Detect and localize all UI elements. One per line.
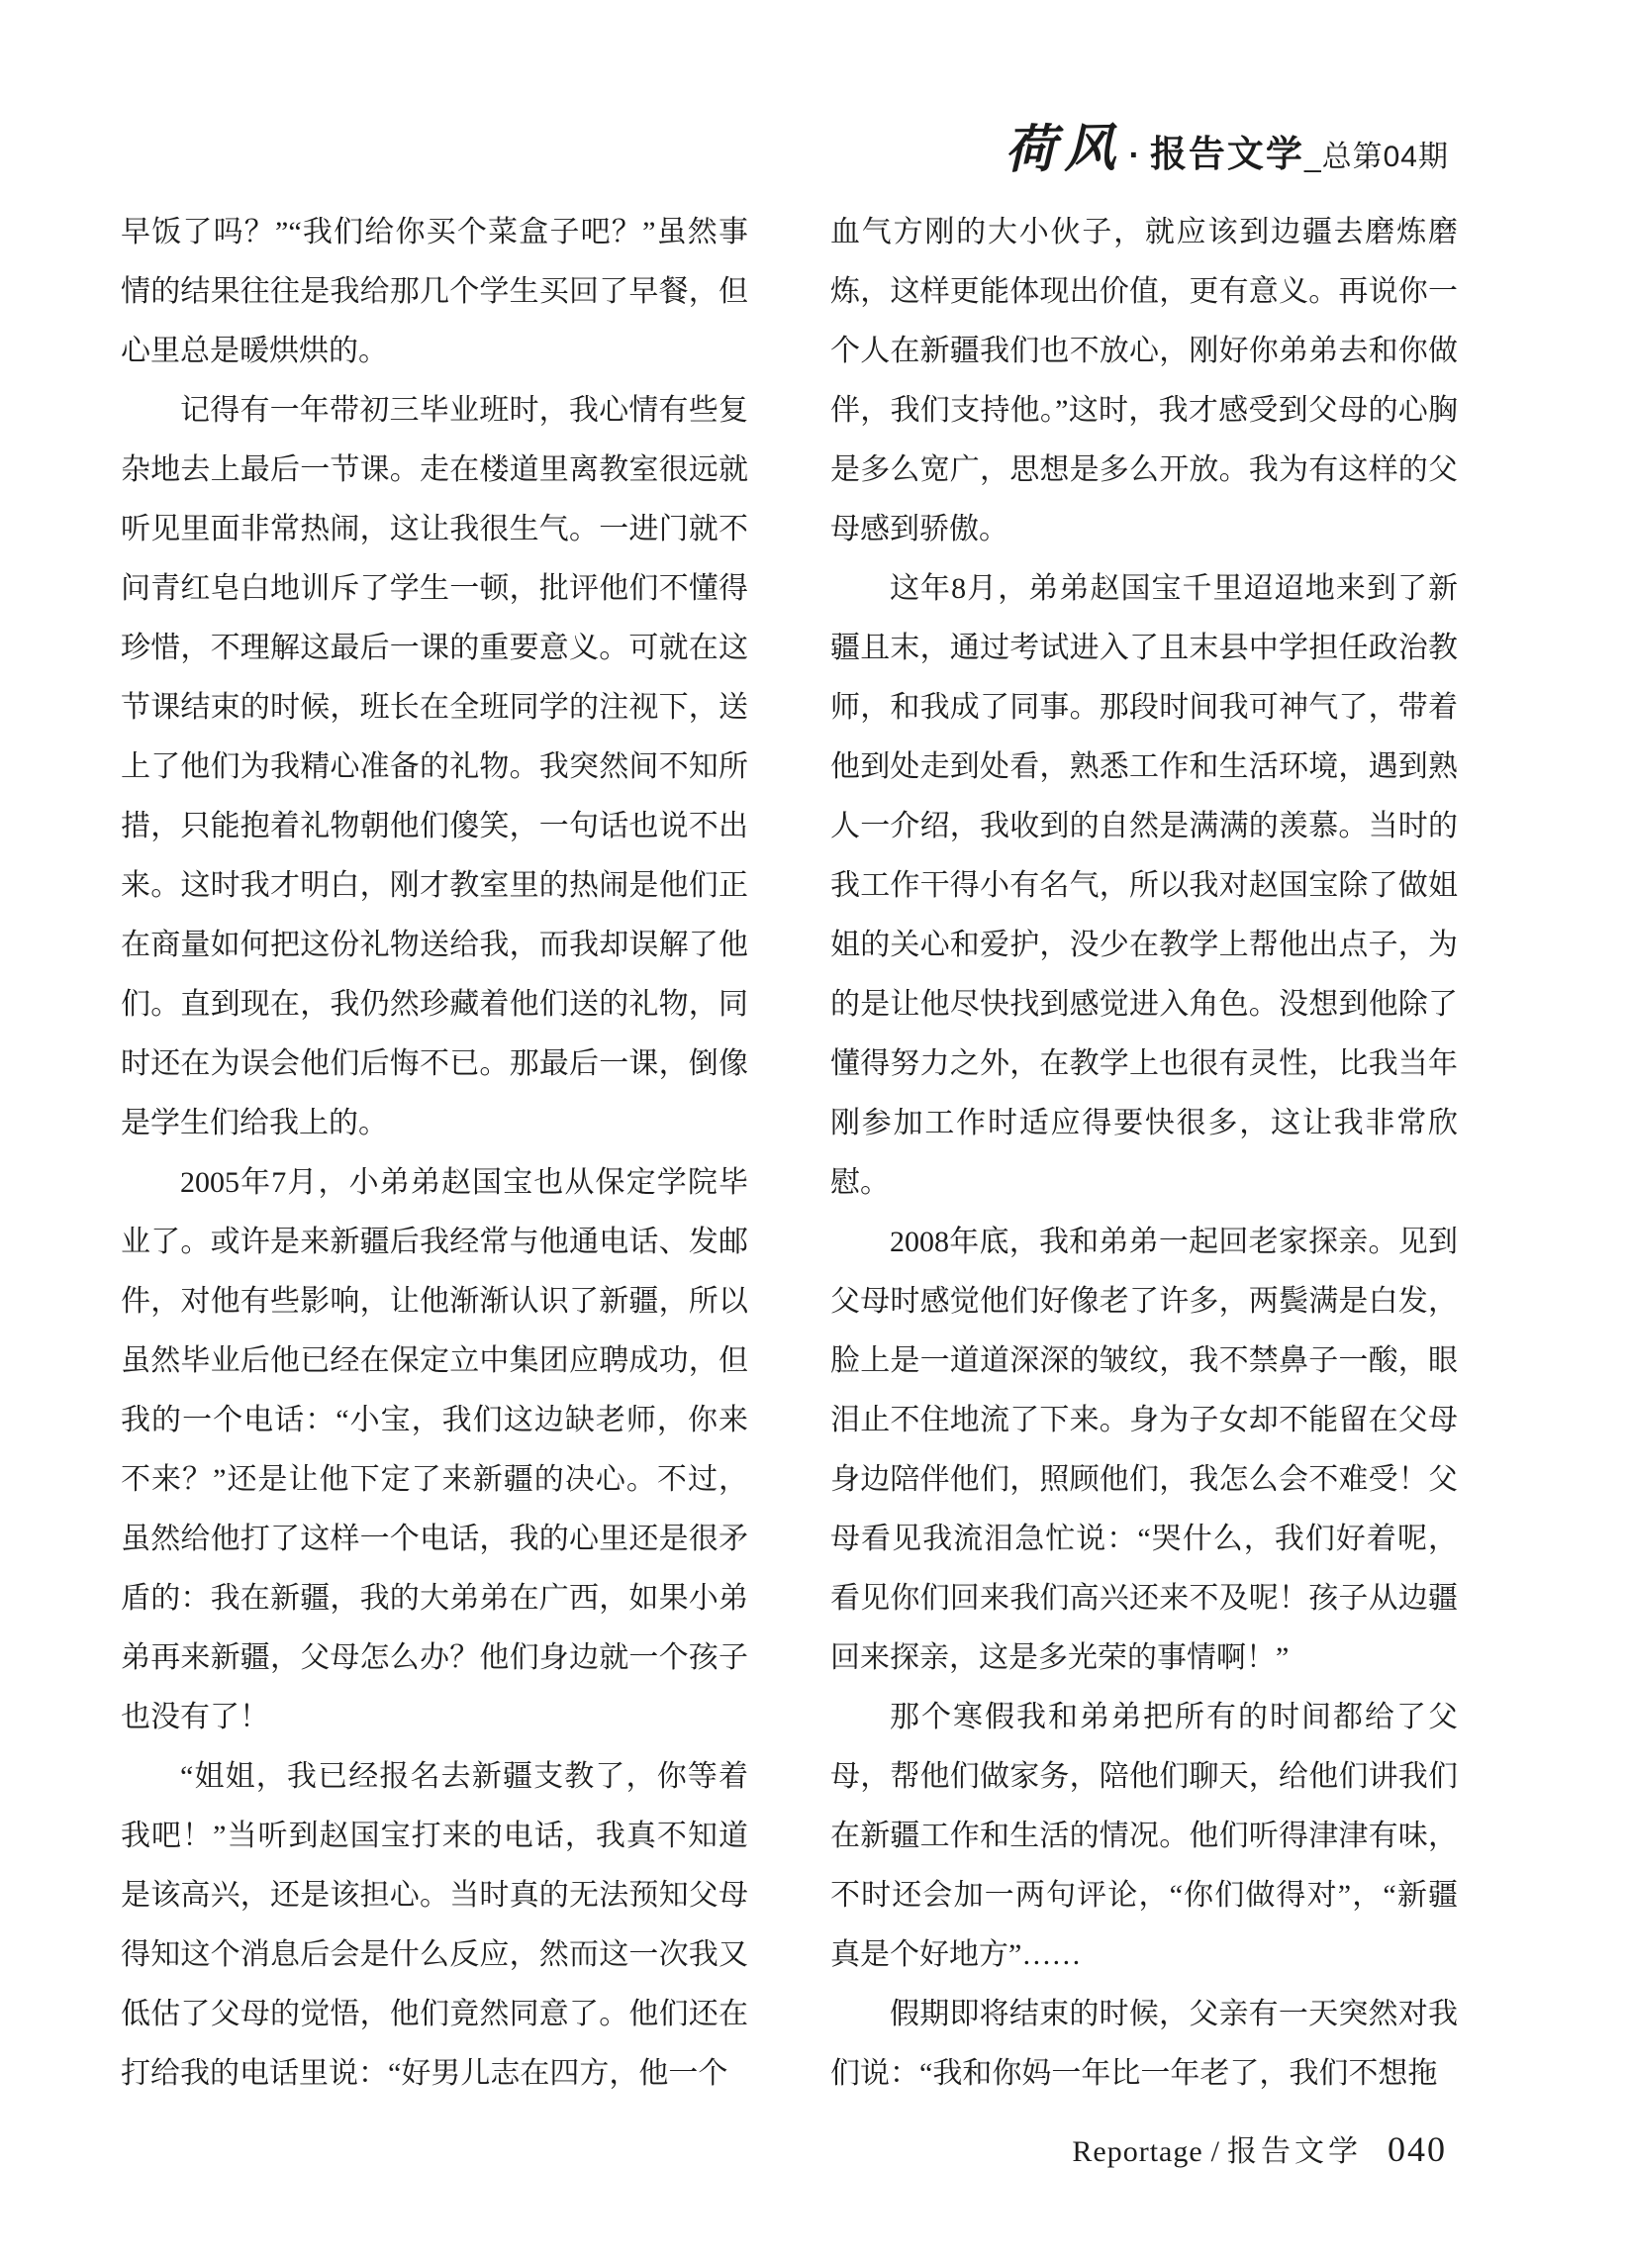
right-column: 血气方刚的大小伙子，就应该到边疆去磨炼磨炼，这样更能体现出价值，更有意义。再说你… [830, 203, 1458, 2104]
footer-separator: / [1211, 2135, 1219, 2169]
magazine-logo-script: 荷风 [1004, 106, 1123, 182]
paragraph: 2005年7月，小弟弟赵国宝也从保定学院毕业了。或许是来新疆后我经常与他通电话、… [121, 1153, 748, 1747]
paragraph: 2008年底，我和弟弟一起回老家探亲。见到父母时感觉他们好像老了许多，两鬓满是白… [830, 1213, 1458, 1688]
paragraph-continuation: 血气方刚的大小伙子，就应该到边疆去磨炼磨炼，这样更能体现出价值，更有意义。再说你… [830, 203, 1458, 559]
paragraph: 那个寒假我和弟弟把所有的时间都给了父母，帮他们做家务，陪他们聊天，给他们讲我们在… [830, 1688, 1458, 1985]
footer-page-number: 040 [1388, 2128, 1447, 2170]
footer-reportage-label: Reportage [1072, 2135, 1202, 2169]
logo-separator-dot: · [1129, 137, 1140, 175]
paragraph: 假期即将结束的时候，父亲有一天突然对我们说：“我和你妈一年比一年老了，我们不想拖 [830, 1985, 1458, 2104]
footer-section-label: 报告文学 [1227, 2126, 1362, 2170]
paragraph: 记得有一年带初三毕业班时，我心情有些复杂地去上最后一节课。走在楼道里离教室很远就… [121, 381, 748, 1153]
paragraph: “姐姐，我已经报名去新疆支教了，你等着我吧！”当听到赵国宝打来的电话，我真不知道… [121, 1747, 748, 2104]
page-header: 荷风 · 报告文学 _总第04期 [1005, 107, 1449, 181]
article-body: 早饭了吗？”“我们给你买个菜盒子吧？”虽然事情的结果往往是我给那几个学生买回了早… [121, 203, 1458, 2104]
section-title: 报告文学 [1150, 124, 1304, 177]
paragraph: 这年8月，弟弟赵国宝千里迢迢地来到了新疆且末，通过考试进入了且末县中学担任政治教… [830, 559, 1458, 1213]
left-column: 早饭了吗？”“我们给你买个菜盒子吧？”虽然事情的结果往往是我给那几个学生买回了早… [121, 203, 748, 2104]
paragraph-continuation: 早饭了吗？”“我们给你买个菜盒子吧？”虽然事情的结果往往是我给那几个学生买回了早… [121, 203, 748, 381]
page-footer: Reportage / 报告文学 040 [1072, 2126, 1447, 2170]
issue-number: _总第04期 [1304, 132, 1449, 175]
